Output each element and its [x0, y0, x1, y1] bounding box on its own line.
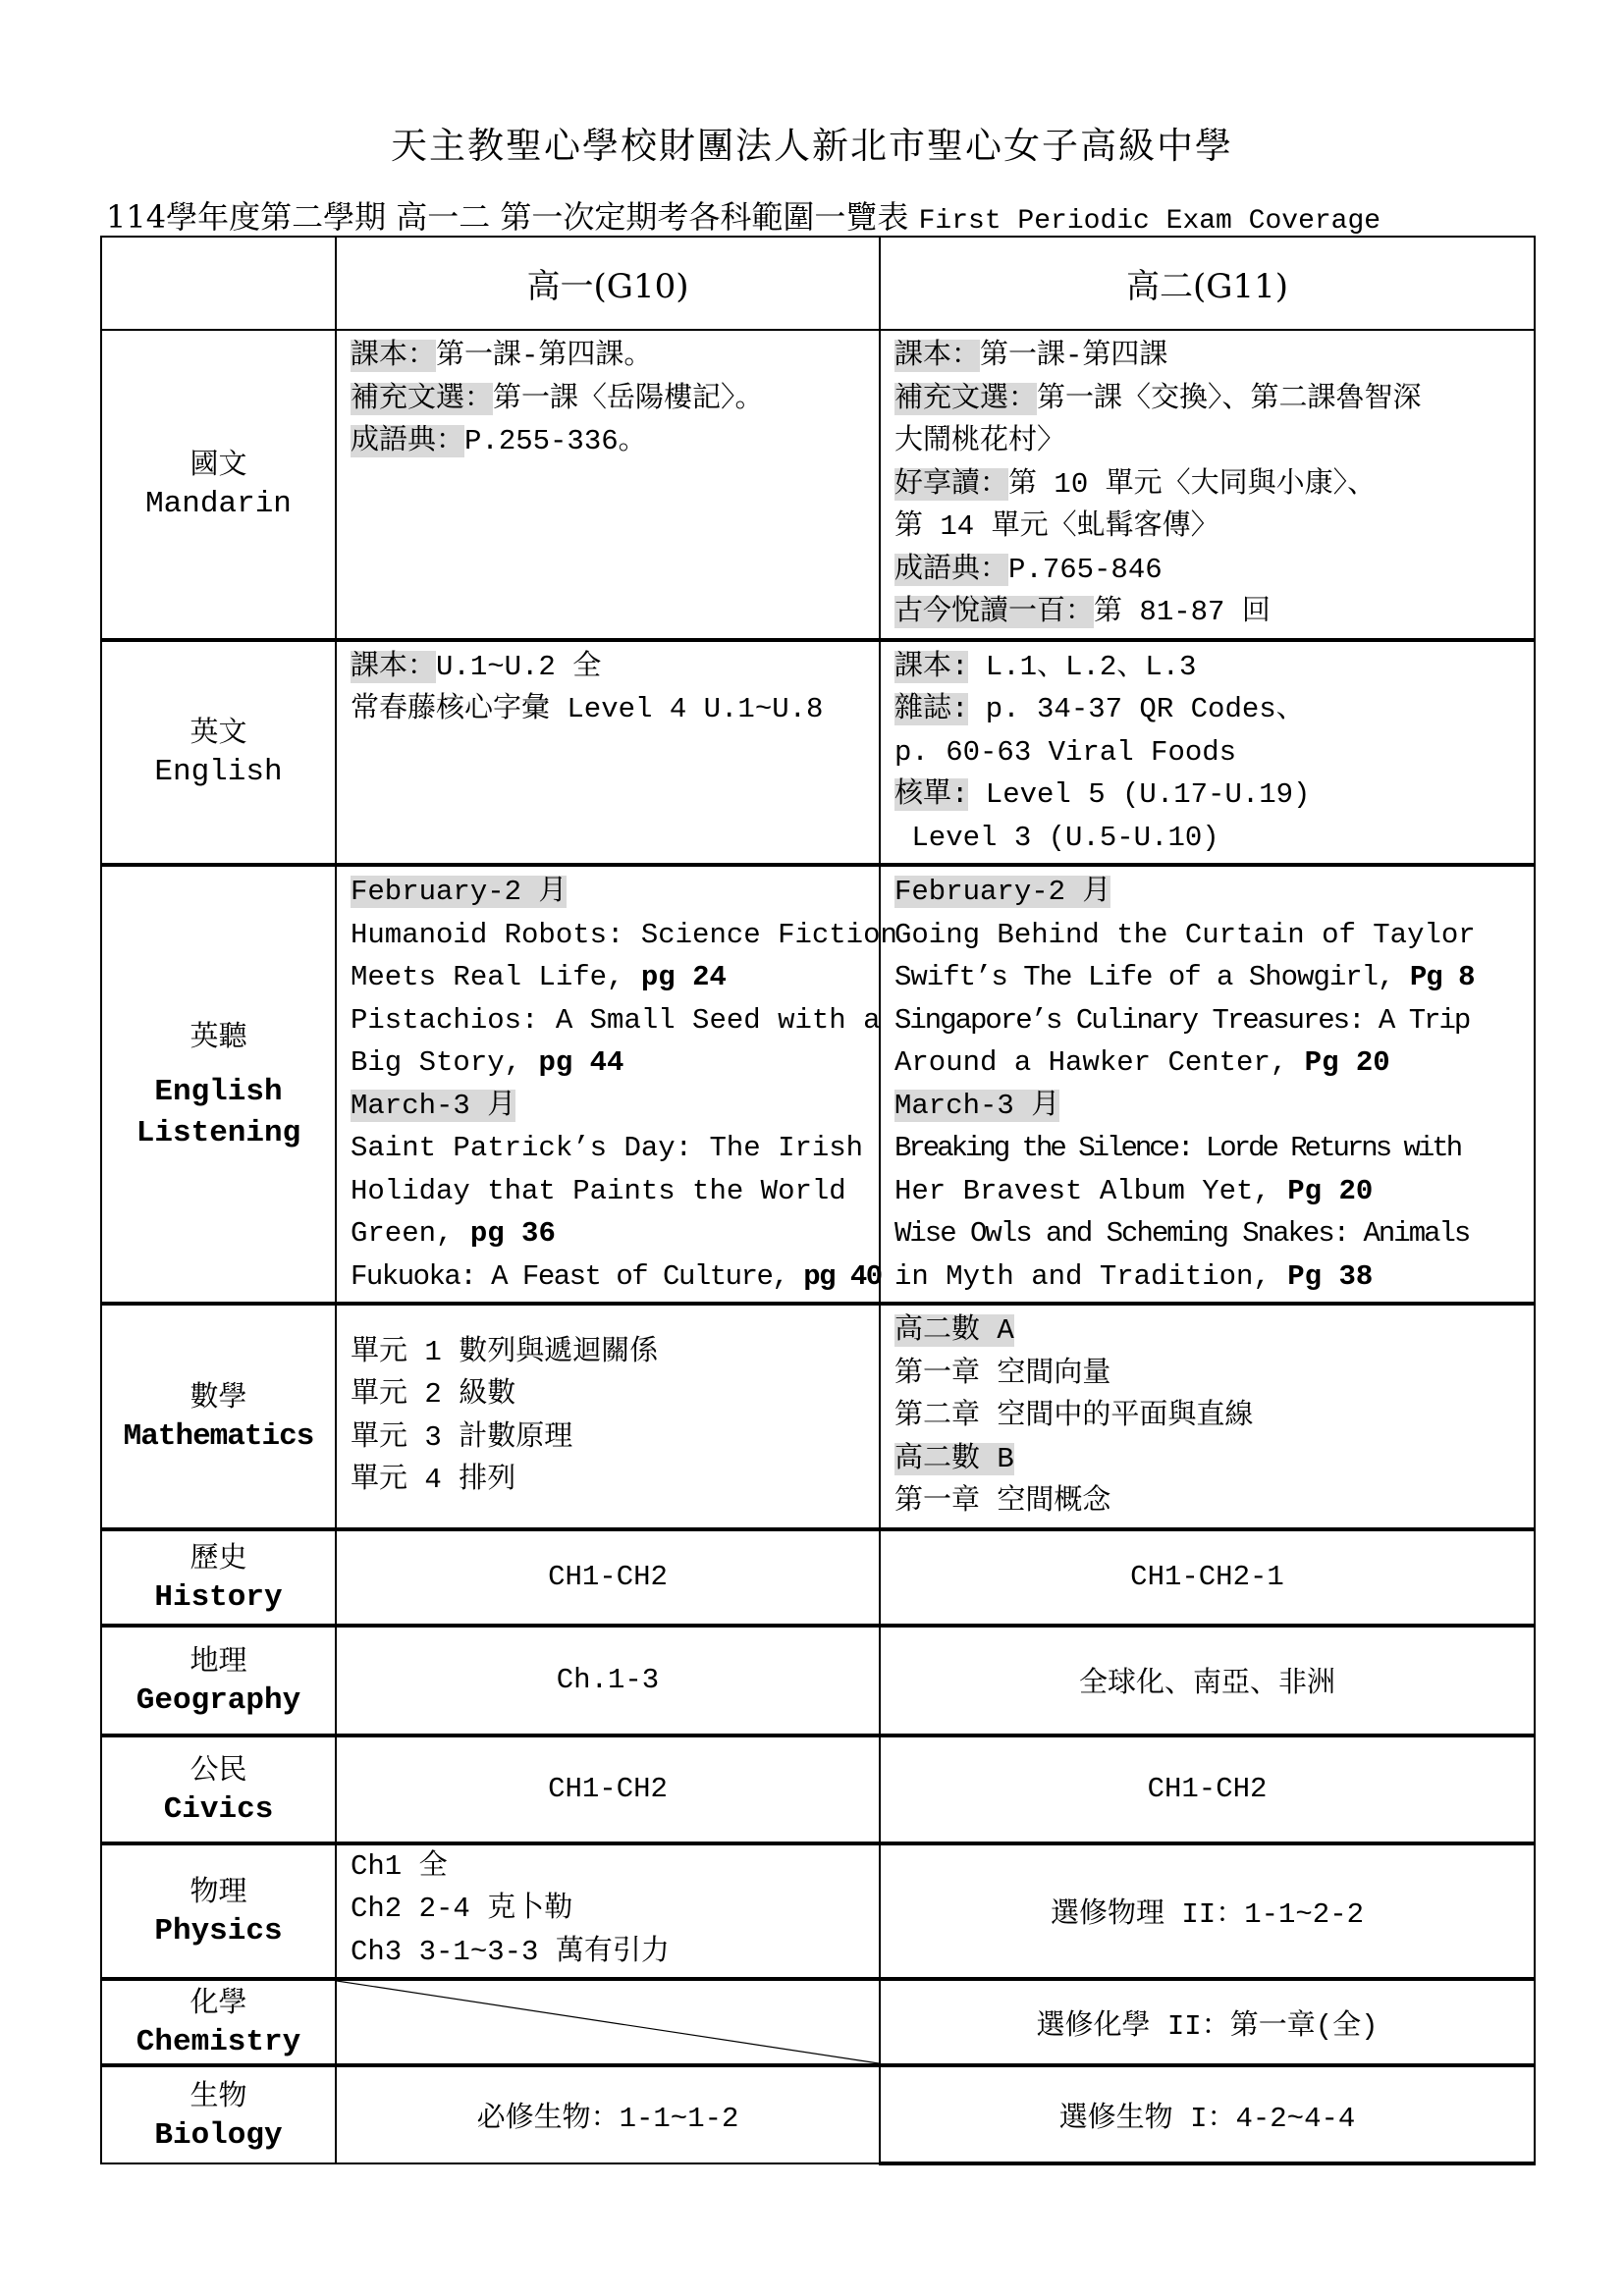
table-row-english: 英文 English 課本：U.1~U.2 全 常春藤核心字彙 Level 4 … [101, 640, 1535, 866]
line: Her Bravest Album Yet, Pg 20 [894, 1170, 1524, 1213]
subject-zh: 英文 [102, 711, 335, 752]
subject-en-text: Physics [154, 1914, 282, 1949]
line: 單元 4 排列 [351, 1459, 869, 1502]
subject-en: Chemistry [102, 2022, 335, 2063]
line-text: L.1、L.2、L.3 [968, 651, 1196, 683]
subject-en: Physics [102, 1911, 335, 1952]
line-text: Level 3 (U.5-U.10) [894, 822, 1219, 854]
month-heading: March-3 月 [894, 1085, 1524, 1128]
line-label: 古今悅讀一百： [894, 596, 1094, 628]
line: Holiday that Paints the World [351, 1170, 869, 1213]
g10-mandarin: 課本：第一課-第四課。 補充文選：第一課〈岳陽樓記〉。 成語典：P.255-33… [336, 330, 880, 640]
g11-geography: 全球化、南亞、非洲 [880, 1626, 1535, 1735]
exam-coverage-table: 高一(G10) 高二(G11) 國文 Mandarin 課本：第一課-第四課。 … [100, 236, 1536, 2165]
line-label: 補充文選： [351, 383, 493, 415]
table-row-mathematics: 數學 Mathematics 單元 1 數列與遞迴關係 單元 2 級數 單元 3… [101, 1304, 1535, 1529]
line-text: Around a Hawker Center, [894, 1046, 1305, 1079]
g10-english-listening: February-2 月 Humanoid Robots: Science Fi… [336, 865, 880, 1304]
line: 大鬧桃花村〉 [894, 420, 1524, 463]
line: Level 3 (U.5-U.10) [894, 817, 1524, 860]
subject-en-text: Biology [154, 2118, 282, 2153]
line: 課本：第一課-第四課 [894, 335, 1524, 378]
page-ref: Pg 8 [1410, 961, 1475, 993]
line-text: Singapore’s Culinary Treasures: A Trip [894, 1004, 1469, 1037]
line-label: 課本: [894, 651, 968, 683]
line: 成語典：P.765-846 [894, 549, 1524, 592]
line-label: 雜誌: [894, 693, 968, 725]
line: 古今悅讀一百：第 81-87 回 [894, 591, 1524, 634]
section-label: 高二數 A [894, 1314, 1014, 1347]
line-text: 大鬧桃花村〉 [894, 425, 1065, 457]
header-g10: 高一(G10) [336, 237, 880, 330]
subject-en-line-1: English [154, 1075, 282, 1109]
line-text: in Myth and Tradition, [894, 1260, 1287, 1293]
subject-civics: 公民 Civics [101, 1735, 336, 1843]
line: Fukuoka: A Feast of Culture, pg 40 [351, 1255, 869, 1299]
subject-en-text: Geography [136, 1683, 300, 1718]
page-ref: Pg 38 [1287, 1260, 1373, 1293]
line: Wise Owls and Scheming Snakes: Animals [894, 1212, 1524, 1255]
g11-mathematics: 高二數 A 第一章 空間向量 第二章 空間中的平面與直線 高二數 B 第一章 空… [880, 1304, 1535, 1529]
line: Saint Patrick’s Day: The Irish [351, 1127, 869, 1170]
line-text: 第一課-第四課 [980, 340, 1167, 372]
g10-history: CH1-CH2 [336, 1529, 880, 1626]
line: Green, pg 36 [351, 1212, 869, 1255]
subject-zh: 化學 [102, 1981, 335, 2022]
line: 雜誌: p. 34-37 QR Codes、 [894, 688, 1524, 731]
table-row-chemistry: 化學 Chemistry 選修化學 II：第一章(全) [101, 1979, 1535, 2065]
subject-en: History [102, 1577, 335, 1619]
subject-history: 歷史 History [101, 1529, 336, 1626]
g10-civics: CH1-CH2 [336, 1735, 880, 1843]
subject-zh: 公民 [102, 1748, 335, 1789]
table-row-civics: 公民 Civics CH1-CH2 CH1-CH2 [101, 1735, 1535, 1843]
table-row-physics: 物理 Physics Ch1 全 Ch2 2-4 克卜勒 Ch3 3-1~3-3… [101, 1843, 1535, 1980]
line: Singapore’s Culinary Treasures: A Trip [894, 999, 1524, 1042]
line: 第二章 空間中的平面與直線 [894, 1395, 1524, 1438]
month-heading: February-2 月 [894, 871, 1524, 914]
line-text: p. 34-37 QR Codes、 [968, 693, 1304, 725]
section-heading: 高二數 A [894, 1309, 1524, 1353]
line: 課本：U.1~U.2 全 [351, 646, 869, 689]
line: Meets Real Life, pg 24 [351, 956, 869, 999]
line-text: 第一課-第四課。 [436, 340, 652, 372]
line-text: Humanoid Robots: Science Fiction [351, 919, 897, 951]
line: 課本：第一課-第四課。 [351, 335, 869, 378]
line: Breaking the Silence: Lorde Returns with [894, 1127, 1524, 1170]
page-ref: Pg 20 [1287, 1175, 1373, 1207]
section-label: 高二數 B [894, 1443, 1014, 1475]
line: Around a Hawker Center, Pg 20 [894, 1041, 1524, 1085]
page-ref: pg 44 [538, 1046, 623, 1079]
line-label: 好享讀： [894, 468, 1008, 501]
line: 補充文選：第一課〈交換〉、第二課魯智深 [894, 378, 1524, 421]
table-row-history: 歷史 History CH1-CH2 CH1-CH2-1 [101, 1529, 1535, 1626]
subject-en-text: History [154, 1580, 282, 1615]
subject-mandarin: 國文 Mandarin [101, 330, 336, 640]
table-row-geography: 地理 Geography Ch.1-3 全球化、南亞、非洲 [101, 1626, 1535, 1735]
line: 單元 3 計數原理 [351, 1416, 869, 1460]
line: 課本: L.1、L.2、L.3 [894, 646, 1524, 689]
document-subtitle: 114學年度第二學期 高一二 第一次定期考各科範圍一覽表 First Perio… [106, 192, 1380, 238]
section-heading: 高二數 B [894, 1438, 1524, 1481]
line-text: 第 81-87 回 [1094, 596, 1271, 628]
subject-en-text: Chemistry [136, 2025, 300, 2059]
subtitle-zh: 114學年度第二學期 高一二 第一次定期考各科範圍一覽表 [106, 198, 908, 236]
line: Swift’s The Life of a Showgirl, Pg 8 [894, 956, 1524, 999]
page-ref: Pg 20 [1305, 1046, 1390, 1079]
line-text: Fukuoka: A Feast of Culture, [351, 1260, 803, 1293]
subject-en: Civics [102, 1789, 335, 1831]
line-label: 課本： [894, 340, 980, 372]
subject-en: English [102, 1072, 335, 1113]
subject-en: Listening [102, 1113, 335, 1154]
g11-history: CH1-CH2-1 [880, 1529, 1535, 1626]
subject-english: 英文 English [101, 640, 336, 866]
g10-geography: Ch.1-3 [336, 1626, 880, 1735]
diagonal-slash-icon [337, 1981, 879, 2063]
line-text: Swift’s The Life of a Showgirl, [894, 961, 1410, 993]
line-text: Level 5 (U.17-U.19) [968, 778, 1310, 811]
subject-zh: 歷史 [102, 1536, 335, 1577]
subject-zh: 數學 [102, 1375, 335, 1416]
month-label: March-3 月 [894, 1090, 1059, 1122]
subject-en: Mathematics [102, 1416, 335, 1458]
g11-civics: CH1-CH2 [880, 1735, 1535, 1843]
table-row-mandarin: 國文 Mandarin 課本：第一課-第四課。 補充文選：第一課〈岳陽樓記〉。 … [101, 330, 1535, 640]
line-text: Holiday that Paints the World [351, 1175, 846, 1207]
header-blank [101, 237, 336, 330]
line-label: 補充文選： [894, 383, 1037, 415]
subject-en: Mandarin [102, 484, 335, 525]
line-text: Saint Patrick’s Day: The Irish [351, 1132, 863, 1164]
line: 好享讀：第 10 單元〈大同與小康〉、 [894, 463, 1524, 507]
line-text: Meets Real Life, [351, 961, 641, 993]
month-label: February-2 月 [894, 876, 1110, 908]
line-text: 第一課〈交換〉、第二課魯智深 [1037, 383, 1422, 415]
line: 單元 2 級數 [351, 1373, 869, 1416]
line-text: 常春藤核心字彙 Level 4 U.1~U.8 [351, 693, 823, 725]
g11-chemistry: 選修化學 II：第一章(全) [880, 1979, 1535, 2065]
subject-en: English [102, 752, 335, 793]
table-row-english-listening: 英聽 English Listening February-2 月 Humano… [101, 865, 1535, 1304]
g11-english-listening: February-2 月 Going Behind the Curtain of… [880, 865, 1535, 1304]
g10-physics: Ch1 全 Ch2 2-4 克卜勒 Ch3 3-1~3-3 萬有引力 [336, 1843, 880, 1980]
line: 補充文選：第一課〈岳陽樓記〉。 [351, 378, 869, 421]
month-heading: February-2 月 [351, 871, 869, 914]
subject-english-listening: 英聽 English Listening [101, 865, 336, 1304]
subject-zh: 物理 [102, 1870, 335, 1911]
line-label: 課本： [351, 651, 436, 683]
school-title: 天主教聖心學校財團法人新北市聖心女子高級中學 [0, 116, 1624, 169]
line: in Myth and Tradition, Pg 38 [894, 1255, 1524, 1299]
month-label: February-2 月 [351, 876, 567, 908]
line: 第 14 單元〈虬髯客傳〉 [894, 506, 1524, 549]
line-text: Breaking the Silence: Lorde Returns with [894, 1132, 1460, 1164]
line-text: Going Behind the Curtain of Taylor [894, 919, 1476, 951]
subject-en: Geography [102, 1681, 335, 1722]
header-g11: 高二(G11) [880, 237, 1535, 330]
line: Ch1 全 [351, 1845, 869, 1889]
table-row-biology: 生物 Biology 必修生物：1-1~1-2 選修生物 I：4-2~4-4 [101, 2065, 1535, 2163]
line-text: 第 10 單元〈大同與小康〉、 [1008, 468, 1376, 501]
line-text: U.1~U.2 全 [436, 651, 601, 683]
line-label: 核單: [894, 778, 968, 811]
g10-english: 課本：U.1~U.2 全 常春藤核心字彙 Level 4 U.1~U.8 [336, 640, 880, 866]
line: Ch2 2-4 克卜勒 [351, 1888, 869, 1931]
line: Going Behind the Curtain of Taylor [894, 914, 1524, 957]
line-text: Big Story, [351, 1046, 538, 1079]
line-text: p. 60-63 Viral Foods [894, 736, 1236, 769]
line: Pistachios: A Small Seed with a [351, 999, 869, 1042]
line: 單元 1 數列與遞迴關係 [351, 1331, 869, 1374]
subject-geography: 地理 Geography [101, 1626, 336, 1735]
line-text: P.255-336。 [464, 425, 647, 457]
line-label: 成語典： [894, 554, 1008, 586]
subject-chemistry: 化學 Chemistry [101, 1979, 336, 2065]
g11-english: 課本: L.1、L.2、L.3 雜誌: p. 34-37 QR Codes、 p… [880, 640, 1535, 866]
subject-mathematics: 數學 Mathematics [101, 1304, 336, 1529]
subject-en-text: Civics [164, 1792, 274, 1827]
g10-chemistry-not-applicable [336, 1979, 880, 2065]
line-label: 成語典： [351, 425, 464, 457]
g10-mathematics: 單元 1 數列與遞迴關係 單元 2 級數 單元 3 計數原理 單元 4 排列 [336, 1304, 880, 1529]
line-text: 第一課〈岳陽樓記〉。 [493, 383, 764, 415]
line: Big Story, pg 44 [351, 1041, 869, 1085]
subject-zh: 地理 [102, 1639, 335, 1681]
line: 核單: Level 5 (U.17-U.19) [894, 774, 1524, 817]
g10-biology: 必修生物：1-1~1-2 [336, 2065, 880, 2163]
line-text: Green, [351, 1217, 470, 1250]
subject-biology: 生物 Biology [101, 2065, 336, 2163]
line: 第一章 空間概念 [894, 1480, 1524, 1523]
subtitle-en: First Periodic Exam Coverage [919, 206, 1380, 237]
month-heading: March-3 月 [351, 1085, 869, 1128]
subject-zh: 生物 [102, 2074, 335, 2115]
line-text: Wise Owls and Scheming Snakes: Animals [894, 1217, 1469, 1250]
g11-physics: 選修物理 II：1-1~2-2 [880, 1843, 1535, 1980]
table-header-row: 高一(G10) 高二(G11) [101, 237, 1535, 330]
line: Humanoid Robots: Science Fiction [351, 914, 869, 957]
subject-physics: 物理 Physics [101, 1843, 336, 1980]
subject-zh: 英聽 [102, 1015, 335, 1056]
line: p. 60-63 Viral Foods [894, 731, 1524, 774]
line: Ch3 3-1~3-3 萬有引力 [351, 1931, 869, 1974]
line-text: Her Bravest Album Yet, [894, 1175, 1287, 1207]
line-text: P.765-846 [1008, 554, 1163, 586]
page-ref: pg 40 [803, 1260, 882, 1293]
subject-zh: 國文 [102, 443, 335, 484]
page-ref: pg 36 [470, 1217, 556, 1250]
line: 常春藤核心字彙 Level 4 U.1~U.8 [351, 688, 869, 731]
line: 第一章 空間向量 [894, 1353, 1524, 1396]
subject-en: Biology [102, 2115, 335, 2157]
line-text: Pistachios: A Small Seed with a [351, 1004, 881, 1037]
g11-biology: 選修生物 I：4-2~4-4 [880, 2065, 1535, 2163]
line-label: 課本： [351, 340, 436, 372]
g11-mandarin: 課本：第一課-第四課 補充文選：第一課〈交換〉、第二課魯智深 大鬧桃花村〉 好享… [880, 330, 1535, 640]
page-ref: pg 24 [641, 961, 727, 993]
month-label: March-3 月 [351, 1090, 515, 1122]
line-text: 第 14 單元〈虬髯客傳〉 [894, 510, 1219, 543]
line: 成語典：P.255-336。 [351, 420, 869, 463]
